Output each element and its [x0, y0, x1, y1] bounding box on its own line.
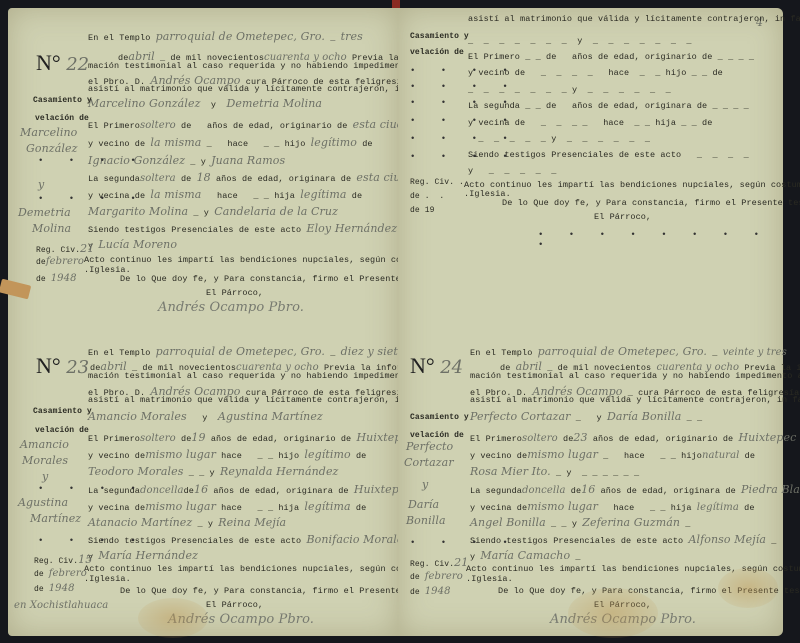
3-groom-residence: mismo lugar	[527, 448, 598, 461]
form-labels-vecino: y vecino de	[470, 451, 527, 461]
1-bride-relation: legítima	[304, 500, 350, 513]
text-segment: Reg. Civ.15	[34, 553, 92, 566]
text-segment: Amancio Morales y Agustina Martínez	[88, 410, 323, 423]
3-bride: Daría Bonilla	[607, 410, 681, 423]
1-witness-1: Bonifacio Morales	[306, 533, 409, 546]
1-groom-status: soltero	[140, 433, 176, 444]
form-labels-anos: años de edad, originario de	[593, 434, 733, 444]
1-groom-relation: legítimo	[304, 448, 350, 461]
form-labels-reg-civ: Reg. Civ.	[410, 560, 454, 569]
3-bride-relation: legítima	[697, 502, 739, 513]
3-groom-origin: Huixtepec	[738, 431, 796, 444]
form-labels-anos: años de edad, originario de	[211, 434, 351, 444]
3-witness-2: María Camacho	[480, 549, 570, 562]
form-labels-templo: En el Templo	[88, 348, 150, 358]
3-reg-year: 1948	[425, 586, 451, 597]
1-bride-residence: mismo lugar	[145, 500, 216, 513]
text-segment: de 1948	[410, 586, 451, 597]
text-segment: mación testimonial al caso requerida y n…	[470, 371, 800, 381]
1-bride-age: 16	[194, 483, 208, 496]
3-groom-mother: Rosa Mier Ito.	[470, 465, 551, 478]
text-segment: y María Hernández	[88, 549, 198, 562]
entry-24: En el Templo parroquial de Ometepec, Gro…	[398, 8, 783, 636]
text-segment	[138, 598, 208, 638]
margin-names-3: Agustina	[18, 496, 68, 509]
1-reg-place: en Xochistlahuaca	[14, 600, 108, 611]
3-bride-origin: Piedra Blanca	[741, 483, 800, 496]
3-groom-relation: natural	[702, 450, 740, 461]
1-groom-father: Teodoro Morales	[88, 465, 184, 478]
1-groom-mother: Reynalda Hernández	[220, 465, 339, 478]
form-labels-velacion: velación de	[35, 426, 89, 435]
text-segment: Atanacio Martínez _ y Reina Mejía	[88, 516, 286, 529]
form-labels-segunda: La segunda	[470, 486, 522, 496]
form-labels-casamiento: Casamiento y	[33, 407, 92, 416]
1-reg-month: febrero	[49, 568, 87, 579]
form-labels-anos-f: años de edad, originara de	[213, 486, 348, 496]
1-day: diez y siete	[341, 345, 405, 358]
margin-names-4: Bonilla	[406, 514, 446, 527]
1-groom: Amancio Morales	[88, 410, 187, 423]
text-segment: y vecina demismo lugar hace _ _ hija leg…	[88, 500, 366, 513]
form-labels-velacion: velación de	[410, 431, 464, 440]
text-segment: En el Templo parroquial de Ometepec, Gro…	[470, 345, 787, 358]
3-witness-1: Alfonso Mejía	[688, 533, 766, 546]
text-segment: Rosa Mier Ito. _ y _ _ _ _ _ _	[470, 465, 639, 478]
3-groom-age: 23	[573, 431, 587, 444]
3-reg-civ: 21	[454, 556, 468, 569]
margin-names-0: Perfecto	[406, 440, 453, 453]
form-labels-parroco: El Párroco,	[206, 600, 263, 610]
text-segment: y María Camacho _	[470, 549, 581, 562]
text-segment	[718, 568, 778, 608]
margin-names-2: y	[42, 470, 48, 483]
text-segment: y vecino demismo lugar _ hace _ _ hijona…	[470, 448, 755, 461]
1-bride-status: doncella	[140, 485, 184, 496]
3-templo: parroquial de Ometepec, Gro.	[538, 345, 707, 358]
margin-names-2: y	[422, 478, 428, 491]
entry-23: En el Templo parroquial de Ometepec, Gro…	[8, 8, 398, 636]
1-bride: Agustina Martínez	[218, 410, 323, 423]
form-labels-vecino: y vecino de	[88, 451, 145, 461]
margin-names-3: Daría	[408, 498, 439, 511]
form-labels-reg-civ: Reg. Civ.	[34, 557, 78, 566]
text-segment: Teodoro Morales _ _ y Reynalda Hernández	[88, 465, 338, 478]
1-bride-father: Atanacio Martínez	[88, 516, 192, 529]
text-segment: En el Templo parroquial de Ometepec, Gro…	[88, 345, 405, 358]
text-segment: • • • •	[38, 484, 146, 494]
text-segment: El Primerosoltero de19 años de edad, ori…	[88, 431, 414, 444]
3-bride-age: 16	[581, 483, 595, 496]
form-labels-vecina: y vecina de	[88, 503, 145, 513]
1-reg-civ: 15	[78, 553, 92, 566]
3-bride-residence: mismo lugar	[527, 500, 598, 513]
form-labels-asisti: asistí al matrimonio que válida y lícita…	[470, 395, 800, 405]
form-labels-templo: En el Templo	[470, 348, 532, 358]
form-labels-primero: El Primero	[88, 434, 140, 444]
margin-names-1: Morales	[22, 454, 68, 467]
text-segment: • • • •	[38, 536, 146, 546]
left-page: N° 22 En el Templo parroquial de Ometepe…	[8, 8, 398, 636]
right-page: 4 asistí al matrimonio que válida y líci…	[398, 8, 783, 636]
1-templo: parroquial de Ometepec, Gro.	[156, 345, 325, 358]
3-groom-status: soltero	[522, 433, 558, 444]
text-segment: La segundadoncella de16 años de edad, or…	[470, 483, 800, 496]
text-segment: y vecino demismo lugar hace _ _ hijo leg…	[88, 448, 366, 461]
text-segment: de febrero	[410, 571, 463, 582]
1-witness-2: María Hernández	[98, 549, 198, 562]
form-labels-anos-f: años de edad, originara de	[601, 486, 736, 496]
3-bride-status: doncella	[522, 485, 566, 496]
form-labels-casamiento: Casamiento y	[410, 413, 469, 422]
form-labels-iglesia: .Iglesia.	[84, 574, 131, 584]
text-segment: Perfecto Cortazar _ y Daría Bonilla _ _	[470, 410, 702, 423]
text-segment: Reg. Civ.21	[410, 556, 468, 569]
text-segment: • • • •	[410, 538, 518, 548]
form-labels-primero: El Primero	[470, 434, 522, 444]
form-labels-iglesia: .Iglesia.	[466, 574, 513, 584]
text-segment: Angel Bonilla _ _ y Zeferina Guzmán _	[470, 516, 691, 529]
1-groom-residence: mismo lugar	[145, 448, 216, 461]
3-bride-father: Angel Bonilla	[470, 516, 546, 529]
form-labels-vecina: y vecina de	[470, 503, 527, 513]
text-segment: de febrero	[34, 568, 87, 579]
text-segment: y vecina demismo lugar hace _ _ hija leg…	[470, 500, 755, 513]
margin-names-4: Martínez	[30, 512, 81, 525]
1-bride-mother: Reina Mejía	[218, 516, 286, 529]
text-segment	[568, 588, 658, 638]
3-groom: Perfecto Cortazar	[470, 410, 571, 423]
1-reg-year: 1948	[49, 583, 75, 594]
margin-names-0: Amancio	[20, 438, 69, 451]
1-groom-age: 19	[191, 431, 205, 444]
3-reg-month: febrero	[425, 571, 463, 582]
text-segment: El Primerosoltero de23 años de edad, ori…	[470, 431, 796, 444]
text-segment: de 1948	[34, 583, 75, 594]
margin-names-1: Cortazar	[404, 456, 454, 469]
3-day: veinte y tres	[723, 347, 787, 358]
3-bride-mother: Zeferina Guzmán	[582, 516, 680, 529]
